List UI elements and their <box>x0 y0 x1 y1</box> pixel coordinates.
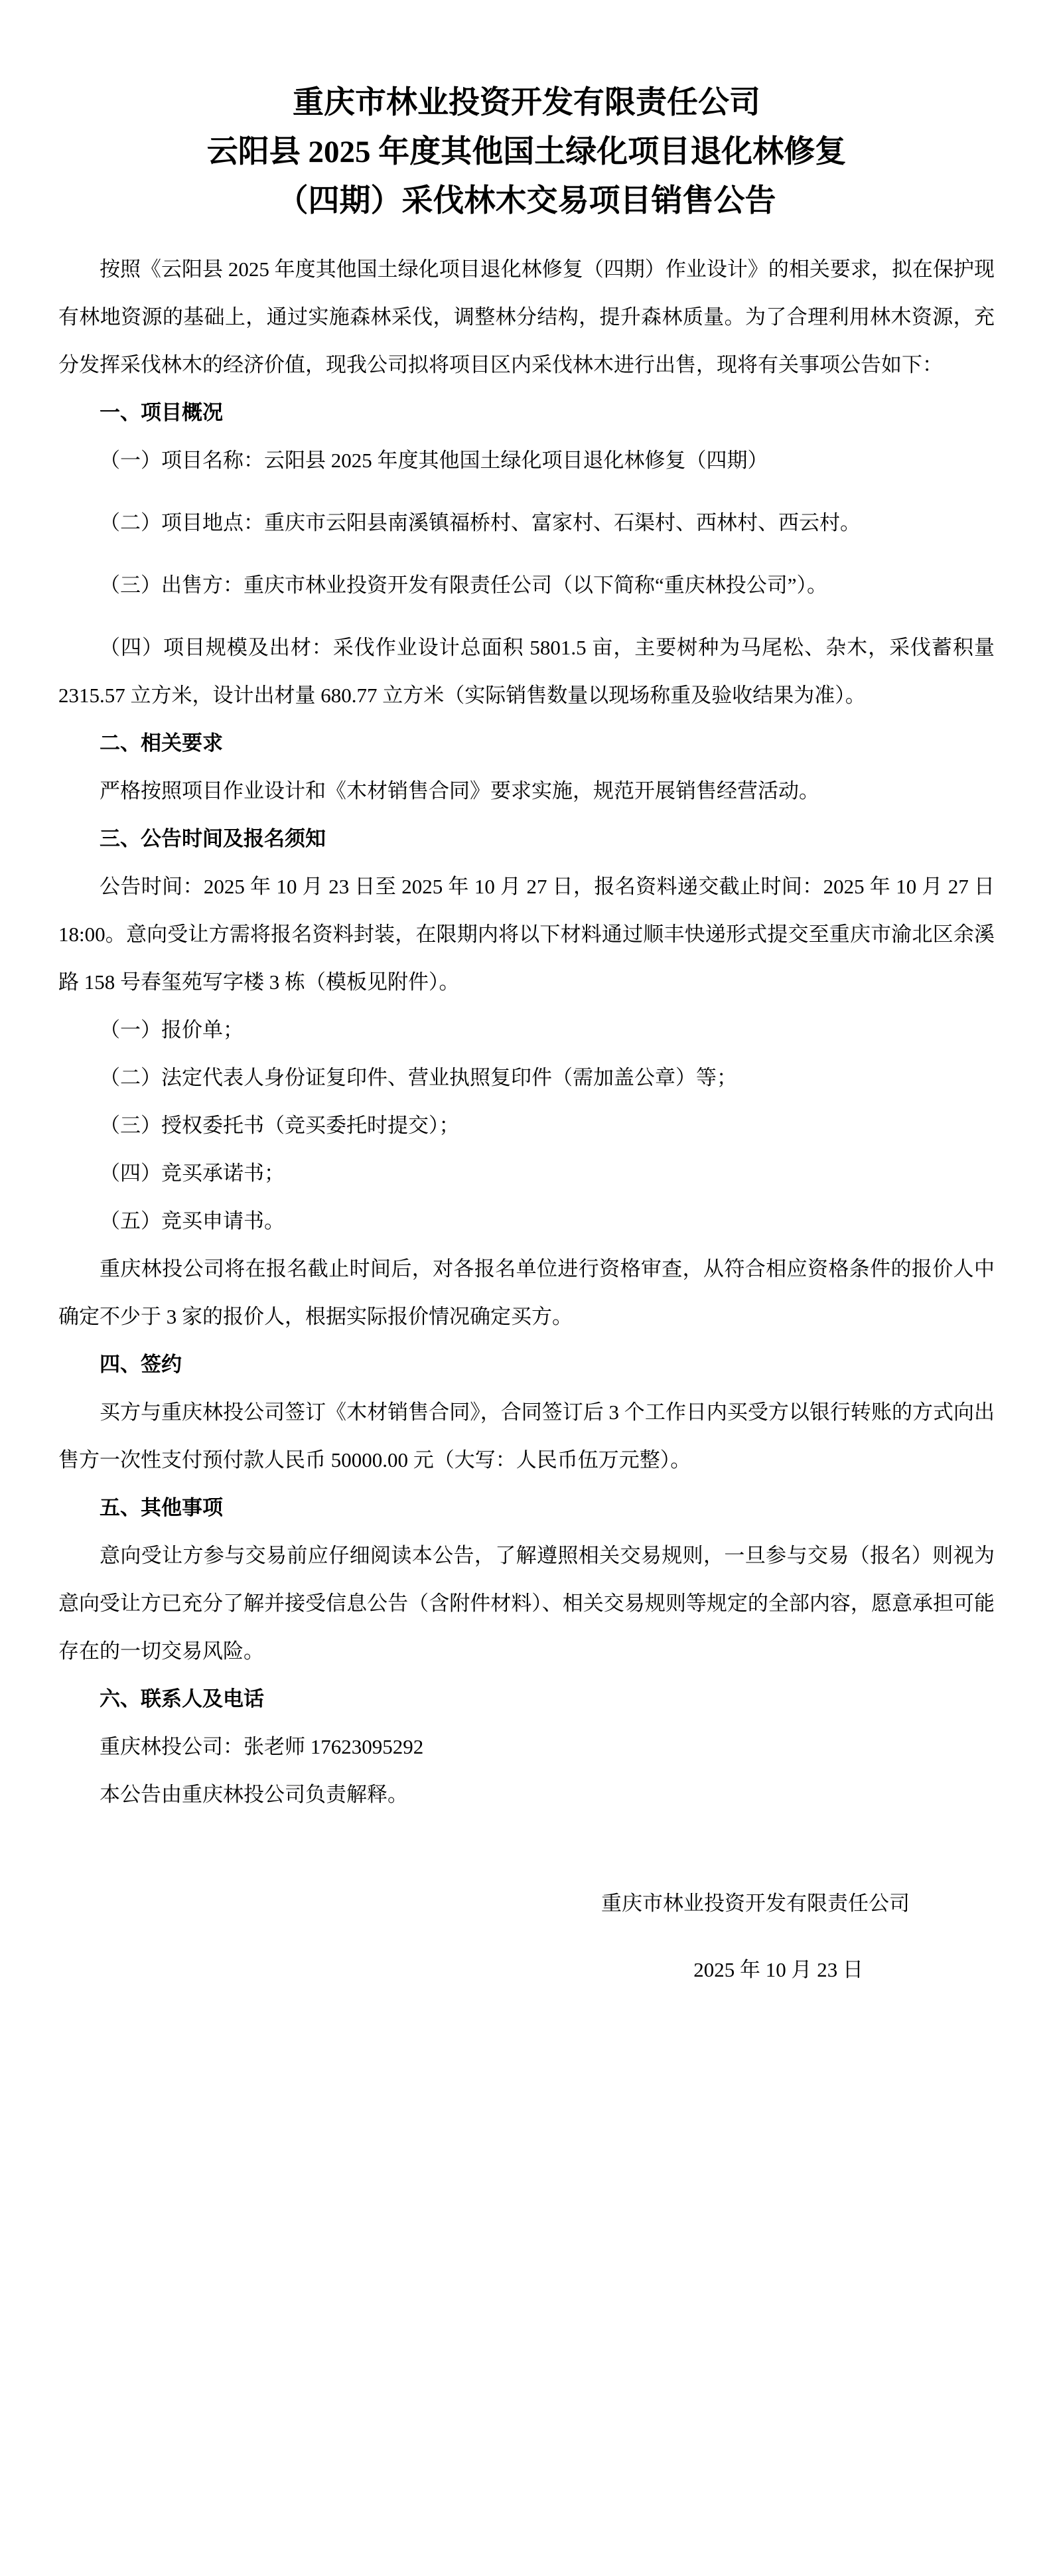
material-item-authorization: （三）授权委托书（竞买委托时提交）； <box>58 1102 995 1150</box>
section-heading-other-matters: 五、其他事项 <box>58 1484 995 1532</box>
material-item-commitment: （四）竞买承诺书； <box>58 1150 995 1197</box>
signature-block: 重庆市林业投资开发有限责任公司 2025 年 10 月 23 日 <box>58 1880 995 1994</box>
section-heading-registration: 三、公告时间及报名须知 <box>58 815 995 863</box>
item-project-name: （一）项目名称：云阳县 2025 年度其他国土绿化项目退化林修复（四期） <box>58 437 995 485</box>
page-title: 重庆市林业投资开发有限责任公司 云阳县 2025 年度其他国土绿化项目退化林修复… <box>58 78 995 226</box>
title-line-3: （四期）采伐林木交易项目销售公告 <box>58 177 995 226</box>
announcement-page: 重庆市林业投资开发有限责任公司 云阳县 2025 年度其他国土绿化项目退化林修复… <box>0 0 1053 2576</box>
section-heading-contact: 六、联系人及电话 <box>58 1675 995 1723</box>
item-project-location: （二）项目地点：重庆市云阳县南溪镇福桥村、富家村、石渠村、西林村、西云村。 <box>58 499 995 547</box>
qualification-review-paragraph: 重庆林投公司将在报名截止时间后，对各报名单位进行资格审查，从符合相应资格条件的报… <box>58 1245 995 1341</box>
material-item-id-license: （二）法定代表人身份证复印件、营业执照复印件（需加盖公章）等； <box>58 1054 995 1102</box>
title-line-2: 云阳县 2025 年度其他国土绿化项目退化林修复 <box>58 127 995 177</box>
requirements-paragraph: 严格按照项目作业设计和《木材销售合同》要求实施，规范开展销售经营活动。 <box>58 767 995 815</box>
section-heading-project-overview: 一、项目概况 <box>58 389 995 437</box>
item-seller: （三）出售方：重庆市林业投资开发有限责任公司（以下简称“重庆林投公司”）。 <box>58 562 995 609</box>
contract-paragraph: 买方与重庆林投公司签订《木材销售合同》，合同签订后 3 个工作日内买受方以银行转… <box>58 1389 995 1484</box>
interpretation-paragraph: 本公告由重庆林投公司负责解释。 <box>58 1771 995 1819</box>
section-heading-requirements: 二、相关要求 <box>58 720 995 767</box>
material-item-quotation: （一）报价单； <box>58 1006 995 1054</box>
material-item-application: （五）竞买申请书。 <box>58 1197 995 1245</box>
registration-time-paragraph: 公告时间：2025 年 10 月 23 日至 2025 年 10 月 27 日，… <box>58 863 995 1006</box>
signature-date: 2025 年 10 月 23 日 <box>693 1946 863 1994</box>
signature-company: 重庆市林业投资开发有限责任公司 <box>601 1880 910 1928</box>
contact-paragraph: 重庆林投公司：张老师 17623095292 <box>58 1723 995 1771</box>
item-project-scale: （四）项目规模及出材：采伐作业设计总面积 5801.5 亩，主要树种为马尾松、杂… <box>58 624 995 720</box>
section-heading-contract: 四、签约 <box>58 1341 995 1389</box>
other-matters-paragraph: 意向受让方参与交易前应仔细阅读本公告，了解遵照相关交易规则，一旦参与交易（报名）… <box>58 1532 995 1675</box>
intro-paragraph: 按照《云阳县 2025 年度其他国土绿化项目退化林修复（四期）作业设计》的相关要… <box>58 246 995 389</box>
title-line-1: 重庆市林业投资开发有限责任公司 <box>58 78 995 127</box>
announcement-body: 按照《云阳县 2025 年度其他国土绿化项目退化林修复（四期）作业设计》的相关要… <box>58 246 995 1819</box>
